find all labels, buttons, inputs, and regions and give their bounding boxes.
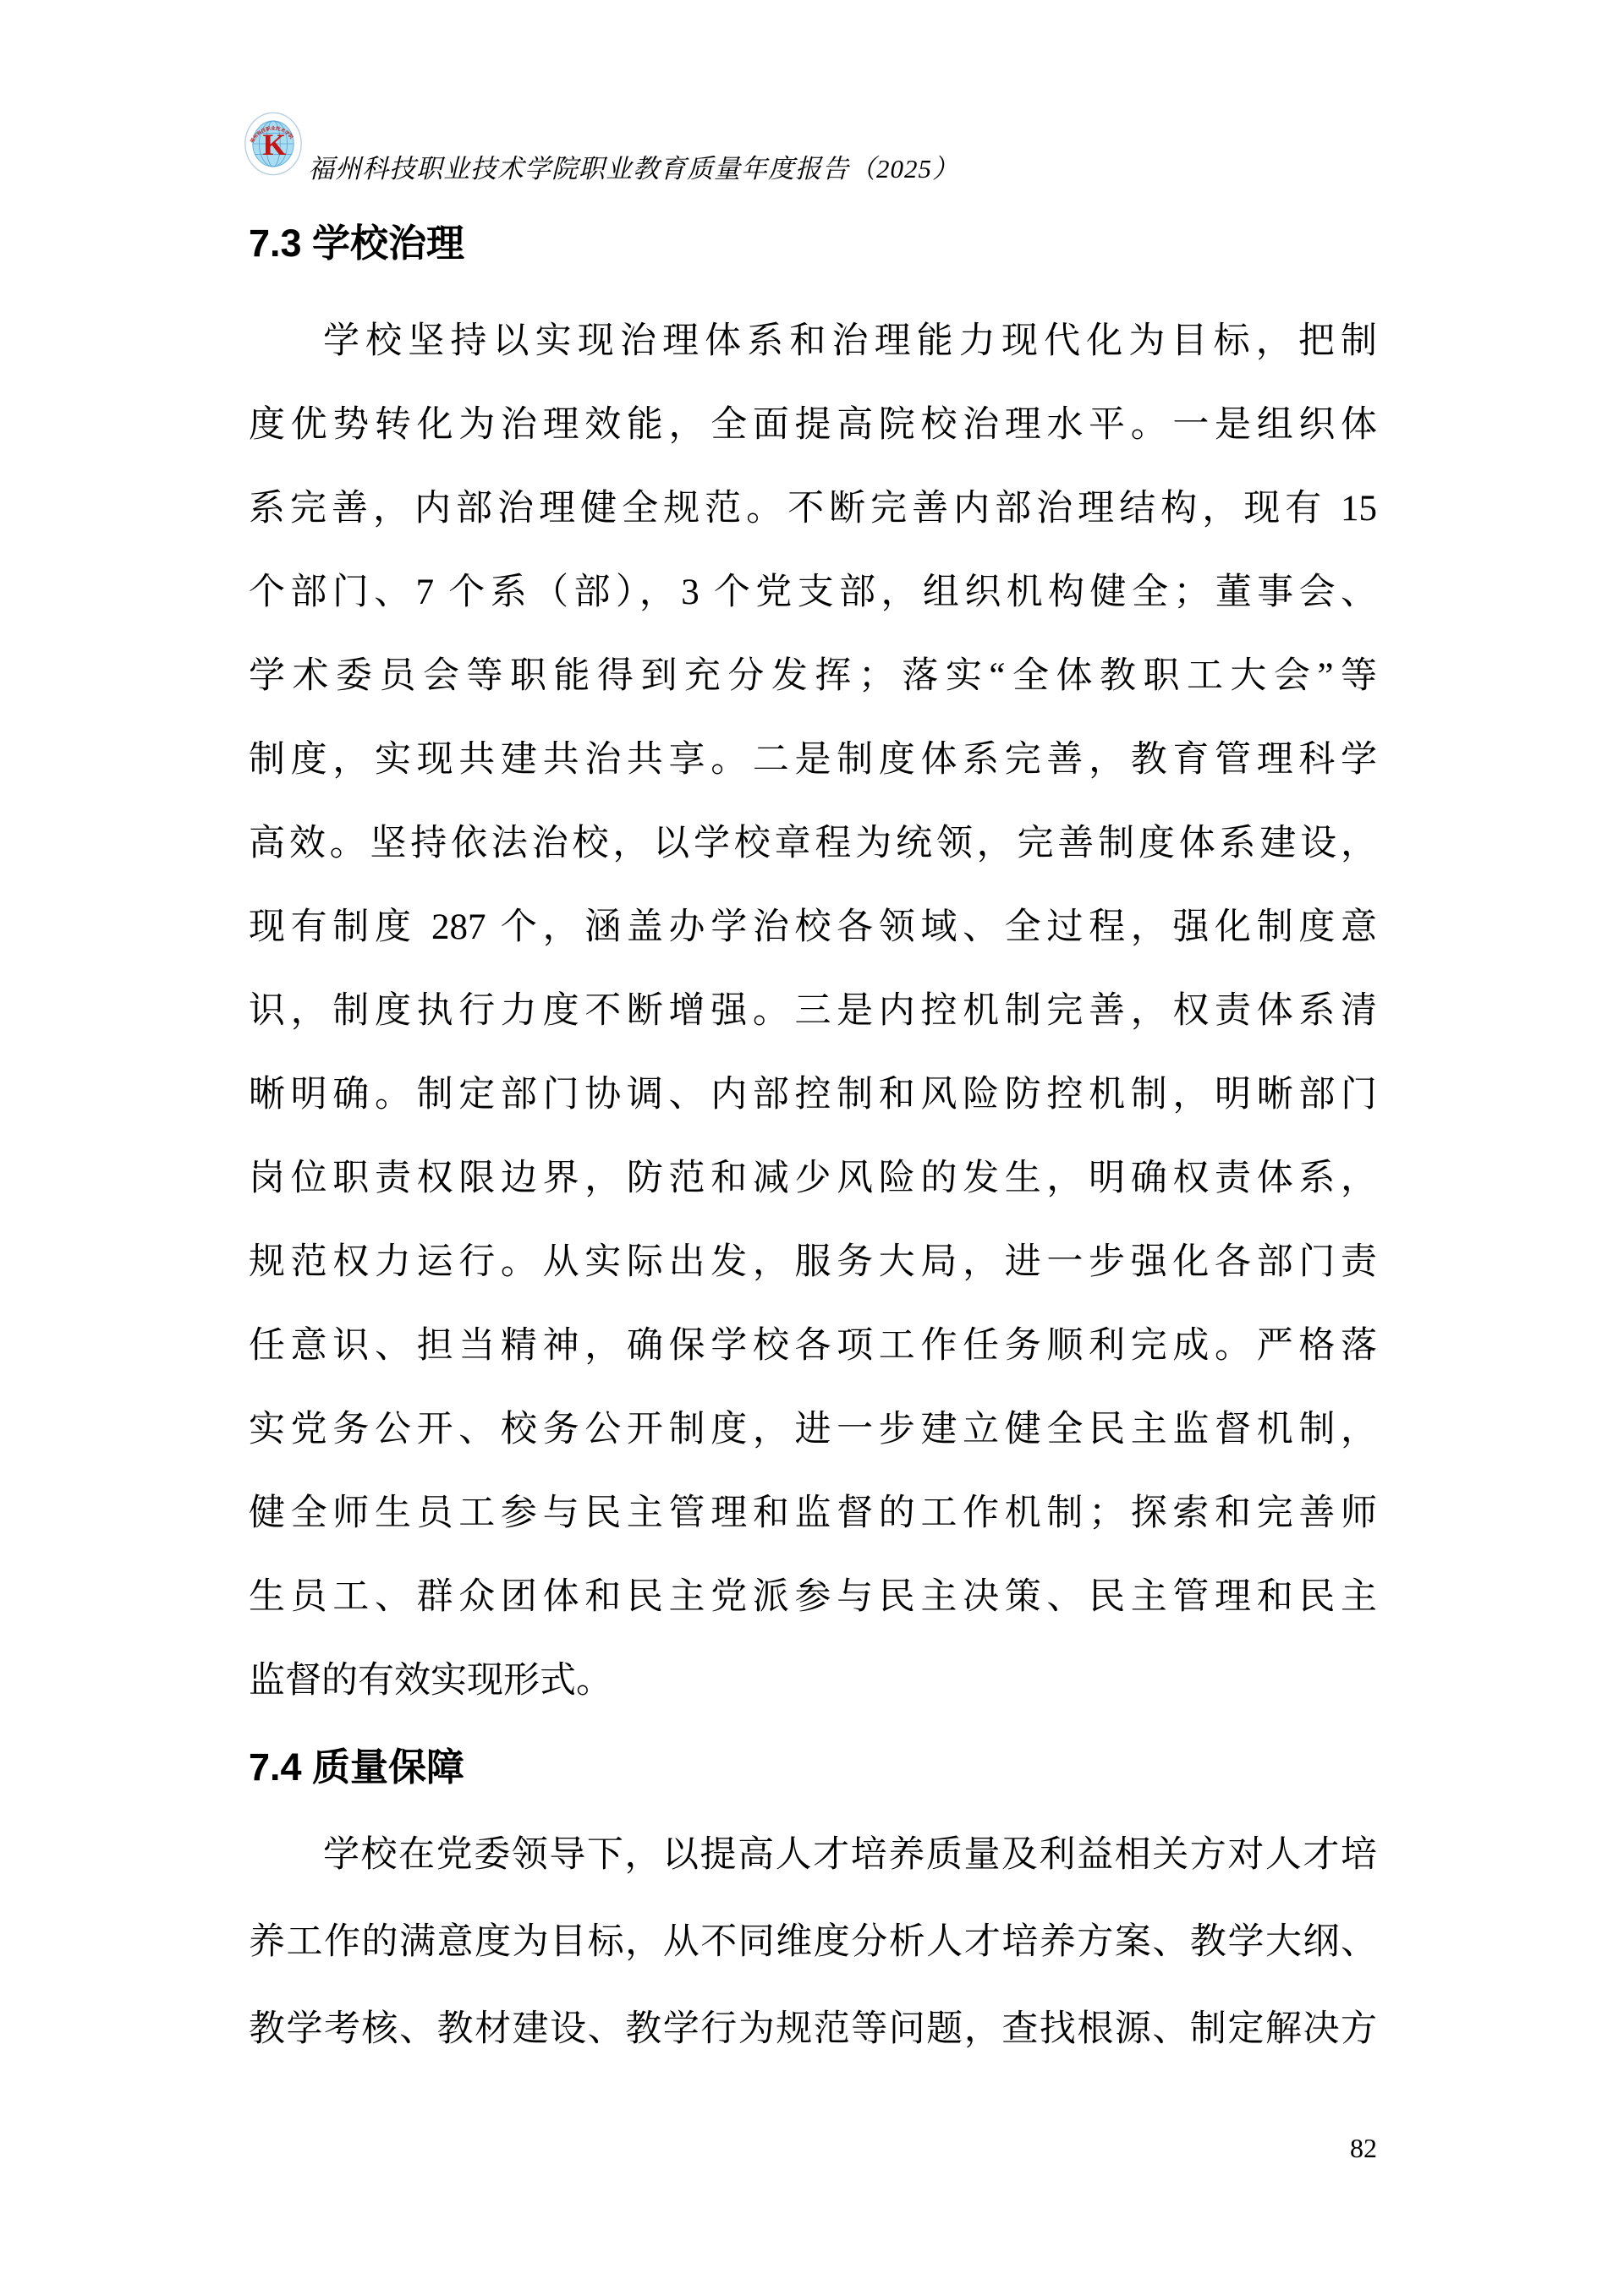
text-line: 养工作的满意度为目标，从不同维度分析人才培养方案、教学大纲、	[249, 1899, 1377, 1986]
header-title: 福州科技职业技术学院职业教育质量年度报告（2025）	[308, 147, 959, 185]
text-line: 学校在党委领导下，以提高人才培养质量及利益相关方对人才培	[249, 1811, 1377, 1899]
text-line: 制度，实现共建共治共享。二是制度体系完善，教育管理科学	[249, 718, 1377, 802]
school-logo-svg: 福州科技职业技术学院 K	[244, 112, 303, 176]
logo-letter: K	[262, 128, 286, 162]
text-line: 系完善，内部治理健全规范。不断完善内部治理结构，现有 15	[249, 467, 1377, 551]
text-line: 教学考核、教材建设、教学行为规范等问题，查找根源、制定解决方	[249, 1986, 1377, 2073]
paragraph-quality-assurance: 学校在党委领导下，以提高人才培养质量及利益相关方对人才培 养工作的满意度为目标，…	[249, 1811, 1377, 2073]
text-line: 规范权力运行。从实际出发，服务大局，进一步强化各部门责	[249, 1220, 1377, 1304]
text-line: 个部门、7 个系（部），3 个党支部，组织机构健全；董事会、	[249, 551, 1377, 634]
text-line: 健全师生员工参与民主管理和监督的工作机制；探索和完善师	[249, 1471, 1377, 1555]
text-line: 任意识、担当精神，确保学校各项工作任务顺利完成。严格落	[249, 1304, 1377, 1388]
text-line: 现有制度 287 个，涵盖办学治校各领域、全过程，强化制度意	[249, 885, 1377, 969]
text-line: 识，制度执行力度不断增强。三是内控机制完善，权责体系清	[249, 969, 1377, 1053]
document-page: 福州科技职业技术学院 K 福州科技职业技术学院职业教育质量年度报告（2025） …	[0, 0, 1624, 2296]
section-heading-7-3: 7.3 学校治理	[249, 222, 464, 266]
section-heading-7-4: 7.4 质量保障	[249, 1745, 464, 1789]
text-line: 学校坚持以实现治理体系和治理能力现代化为目标，把制	[249, 299, 1377, 383]
text-line: 度优势转化为治理效能，全面提高院校治理水平。一是组织体	[249, 383, 1377, 467]
school-logo-icon: 福州科技职业技术学院 K	[244, 112, 303, 176]
text-line: 晰明确。制定部门协调、内部控制和风险防控机制，明晰部门	[249, 1053, 1377, 1137]
text-line: 岗位职责权限边界，防范和减少风险的发生，明确权责体系，	[249, 1137, 1377, 1220]
page-number: 82	[1350, 2133, 1377, 2164]
text-line: 监督的有效实现形式。	[249, 1639, 1377, 1723]
text-line: 学术委员会等职能得到充分发挥；落实“全体教职工大会”等	[249, 634, 1377, 718]
text-line: 高效。坚持依法治校，以学校章程为统领，完善制度体系建设，	[249, 802, 1377, 885]
paragraph-school-governance: 学校坚持以实现治理体系和治理能力现代化为目标，把制 度优势转化为治理效能，全面提…	[249, 299, 1377, 1723]
text-line: 实党务公开、校务公开制度，进一步建立健全民主监督机制，	[249, 1388, 1377, 1471]
text-line: 生员工、群众团体和民主党派参与民主决策、民主管理和民主	[249, 1555, 1377, 1639]
